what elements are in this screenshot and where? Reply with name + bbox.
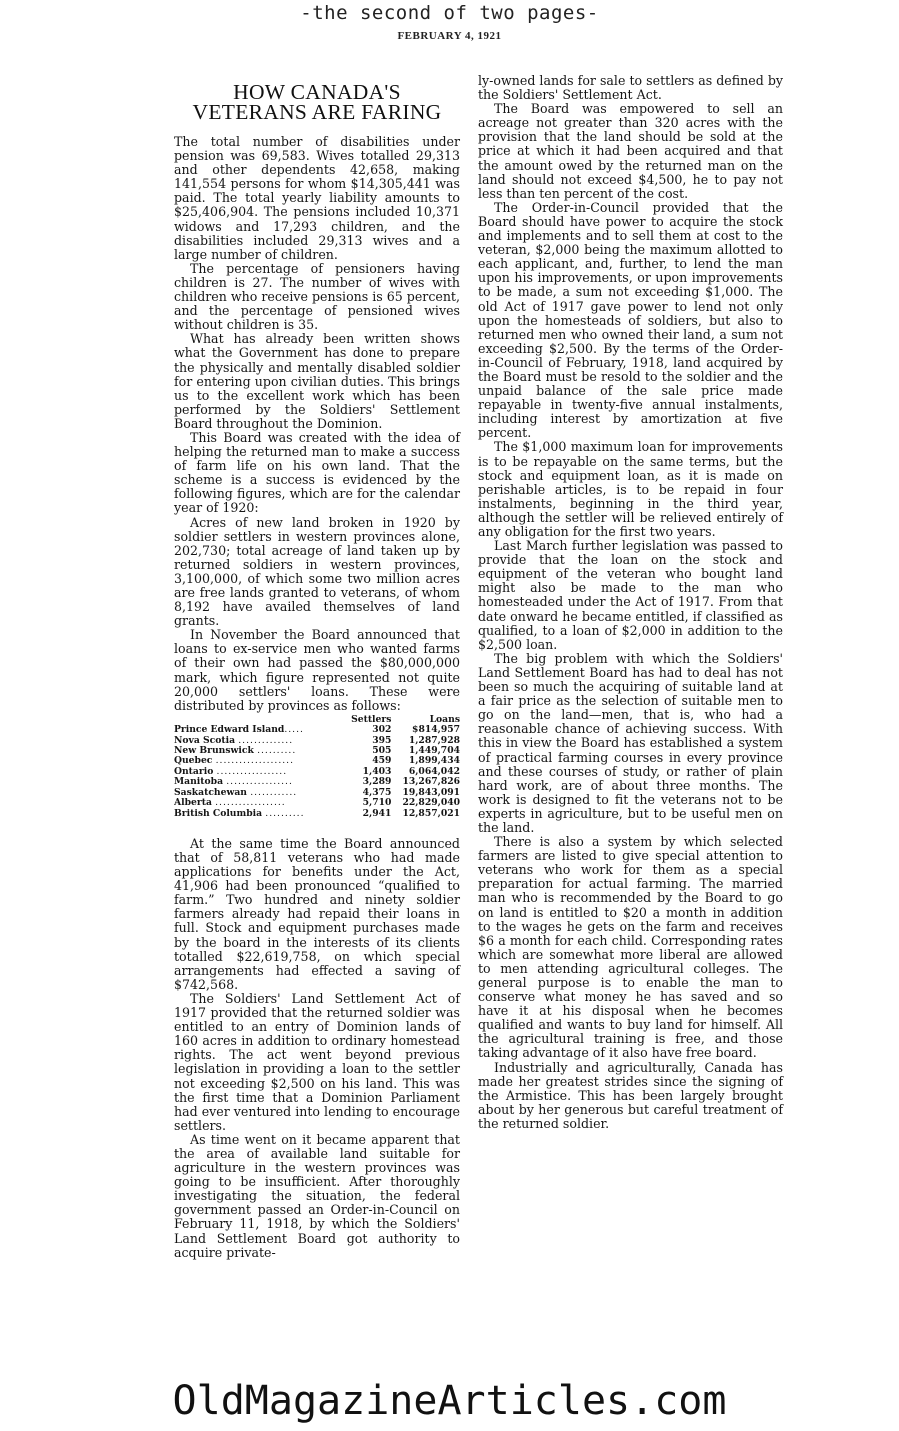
table-row: Alberta .................. 5,710 22,829,… [174,798,460,808]
article-column-right: ly-owned lands for sale to settlers as d… [478,74,783,1131]
paragraph: The total number of disabilities under p… [174,135,460,262]
page-kicker: -the second of two pages- [0,2,899,24]
paragraph: The Soldiers' Land Settlement Act of 191… [174,992,460,1133]
leader-dots: ..... [284,725,304,735]
paragraph: There is also a system by which selected… [478,835,783,1061]
province-name: Nova Scotia [174,736,235,746]
leader-dots: ................. [226,777,293,787]
settlers-count: 2,941 [351,809,391,819]
paragraph: The percentage of pensioners having chil… [174,262,460,332]
paragraph: The Order-in-Council provided that the B… [478,201,783,441]
province-loans-table: Settlers Loans Prince Edward Island.....… [174,715,460,819]
province-name: Saskatchewan [174,788,247,798]
paragraph: What has already been written shows what… [174,332,460,431]
paragraph: The big problem with which the Soldiers'… [478,652,783,835]
leader-dots: ............ [250,788,297,798]
leader-dots: .................... [216,756,294,766]
province-name: Ontario [174,767,213,777]
province-name: Prince Edward Island [174,725,284,735]
paragraph: As time went on it became apparent that … [174,1133,460,1260]
leader-dots: .......... [257,746,296,756]
paragraph: Industrially and agriculturally, Canada … [478,1061,783,1131]
paragraph: The $1,000 maximum loan for improvements… [478,440,783,539]
province-name: Quebec [174,756,212,766]
paragraph: Last March further legislation was passe… [478,539,783,652]
paragraph: Acres of new land broken in 1920 by sold… [174,516,460,629]
paragraph: At the same time the Board announced tha… [174,837,460,992]
headline-line-2: VETERANS ARE FARING [193,100,442,124]
leader-dots: .................. [217,767,288,777]
paragraph: In November the Board announced that loa… [174,628,460,713]
paragraph: The Board was empowered to sell an acrea… [478,102,783,201]
leader-dots: .......... [265,809,304,819]
province-name: Manitoba [174,777,223,787]
paragraph: This Board was created with the idea of … [174,431,460,516]
publication-date: FEBRUARY 4, 1921 [0,30,899,42]
leader-dots: .............. [238,736,293,746]
paragraph: ly-owned lands for sale to settlers as d… [478,74,783,102]
loans-amount: 22,829,040 [391,798,460,808]
table-row: British Columbia .......... 2,941 12,857… [174,809,460,819]
settlers-count: 5,710 [351,798,391,808]
article-column-left: HOW CANADA'S VETERANS ARE FARING The tot… [174,82,460,1260]
article-headline: HOW CANADA'S VETERANS ARE FARING [174,82,460,122]
province-name: Alberta [174,798,212,808]
site-watermark: OldMagazineArticles.com [0,1378,899,1424]
province-name: New Brunswick [174,746,254,756]
leader-dots: .................. [215,798,286,808]
loans-amount: 12,857,021 [391,809,460,819]
province-name: British Columbia [174,809,262,819]
table-header-province [174,715,351,725]
